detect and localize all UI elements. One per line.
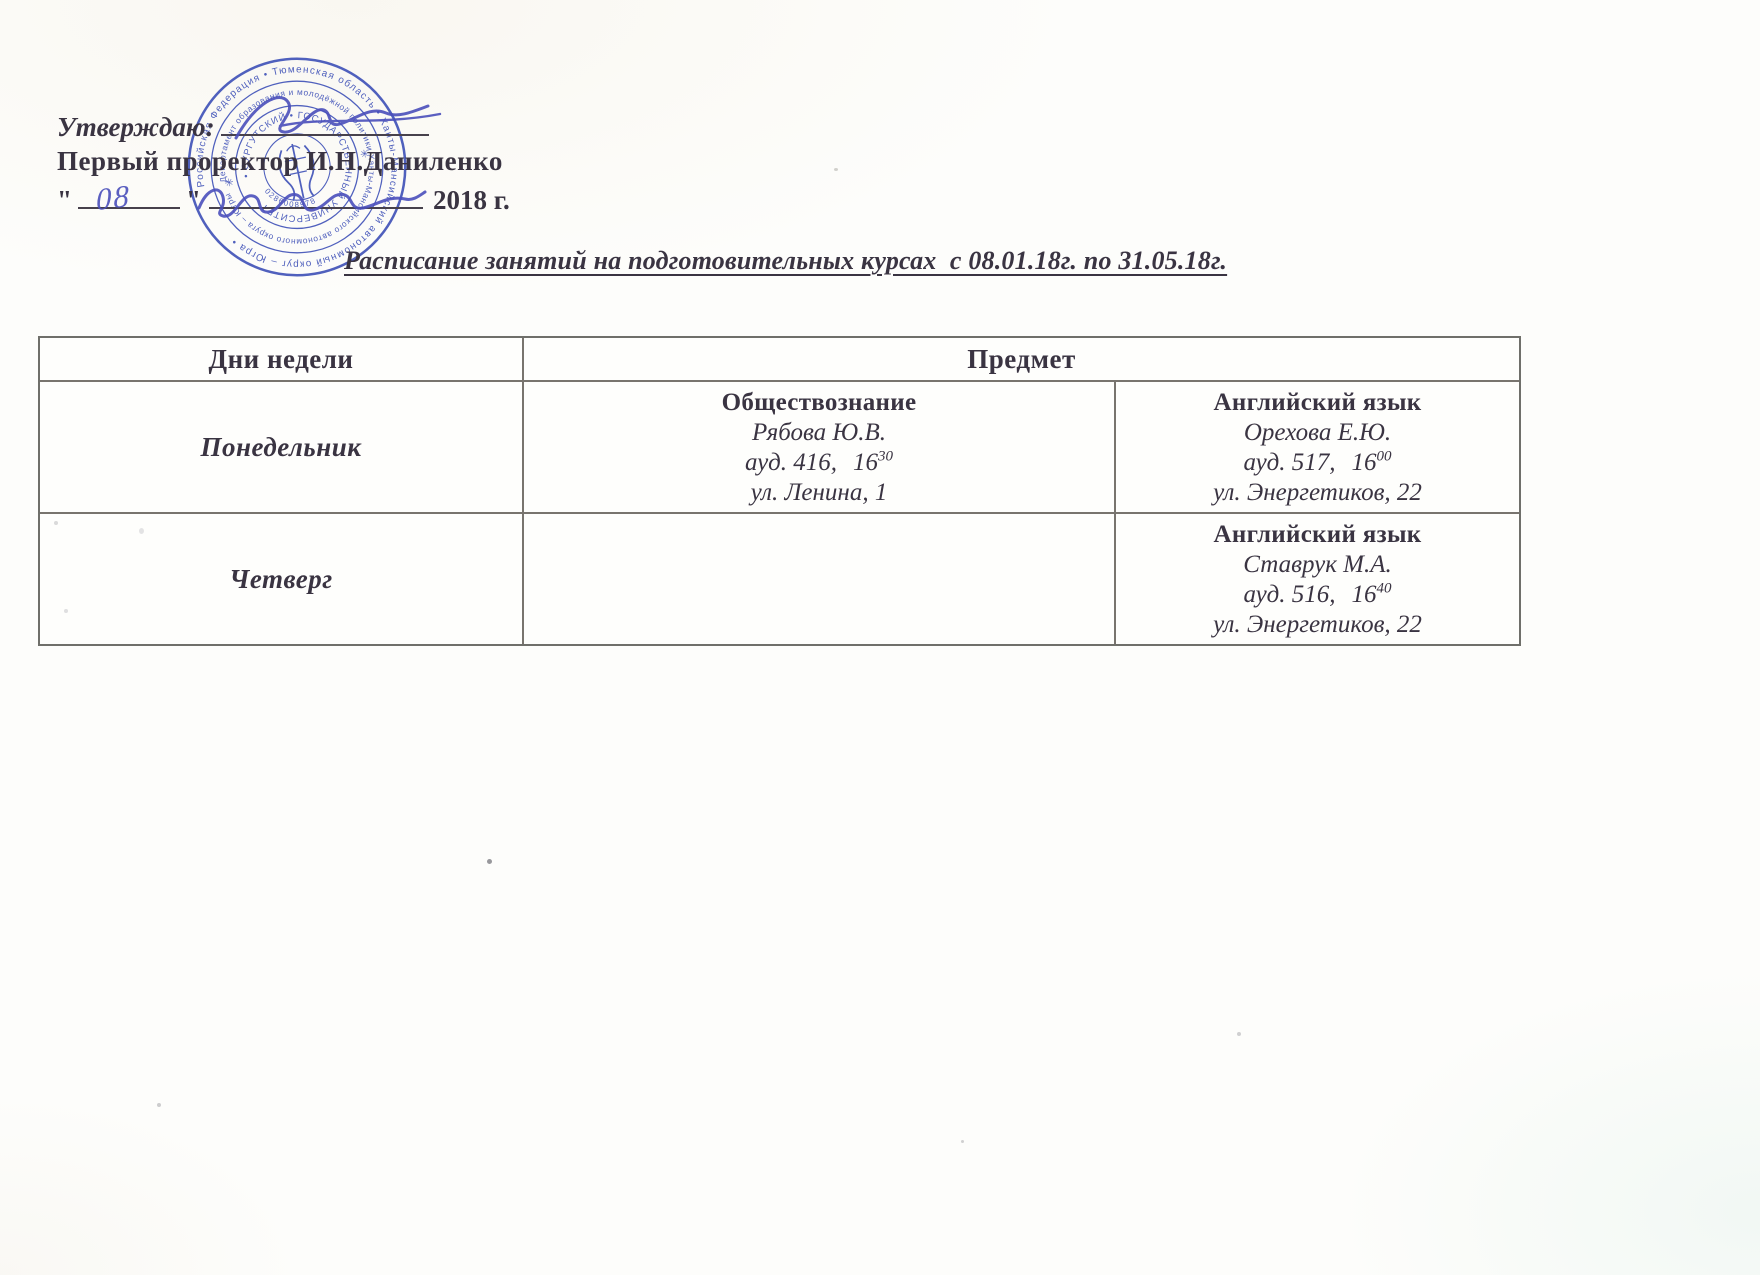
subject-name: Английский язык <box>1214 520 1422 550</box>
room-and-time: ауд. 517,1600 <box>1243 448 1391 478</box>
header-days: Дни недели <box>40 338 522 380</box>
header-subject-label: Предмет <box>967 344 1075 375</box>
scanned-schedule-document: Российская Федерация • Тюменская область… <box>0 0 1760 1275</box>
handwritten-day: 08 <box>96 178 131 218</box>
address: ул. Энергетиков, 22 <box>1213 610 1422 640</box>
open-quote: " <box>57 185 72 215</box>
table-row-thursday-day: Четверг <box>40 512 522 644</box>
approve-label: Утверждаю: <box>57 112 215 142</box>
slot-monday-english: Английский язык Орехова Е.Ю. ауд. 517,16… <box>1114 380 1519 512</box>
subject-name: Обществознание <box>722 388 917 418</box>
handwritten-month-squiggle <box>193 166 431 222</box>
signature-squiggle <box>228 84 446 156</box>
document-title: Расписание занятий на подготовительных к… <box>344 246 1227 276</box>
schedule-table: Дни недели Предмет Понедельник Обществоз… <box>38 336 1521 646</box>
room-and-time: ауд. 416,1630 <box>745 448 893 478</box>
year-label: 2018 г. <box>433 185 510 215</box>
teacher-name: Рябова Ю.В. <box>752 418 886 448</box>
scan-speck <box>961 1140 964 1143</box>
scan-speck <box>834 168 838 171</box>
teacher-name: Ставрук М.А. <box>1243 550 1392 580</box>
address: ул. Энергетиков, 22 <box>1213 478 1422 508</box>
table-row-monday-day: Понедельник <box>40 380 522 512</box>
scan-speck <box>487 859 492 864</box>
address: ул. Ленина, 1 <box>751 478 888 508</box>
teacher-name: Орехова Е.Ю. <box>1244 418 1391 448</box>
header-subject: Предмет <box>522 338 1519 380</box>
scan-speck <box>157 1103 161 1107</box>
day-label: Четверг <box>229 564 333 595</box>
slot-thursday-empty <box>522 512 1114 644</box>
room-and-time: ауд. 516,1640 <box>1243 580 1391 610</box>
slot-thursday-english: Английский язык Ставрук М.А. ауд. 516,16… <box>1114 512 1519 644</box>
slot-monday-social-studies: Обществознание Рябова Ю.В. ауд. 416,1630… <box>522 380 1114 512</box>
day-label: Понедельник <box>201 432 362 463</box>
scan-speck <box>1237 1032 1241 1036</box>
header-days-label: Дни недели <box>209 344 354 375</box>
subject-name: Английский язык <box>1214 388 1422 418</box>
